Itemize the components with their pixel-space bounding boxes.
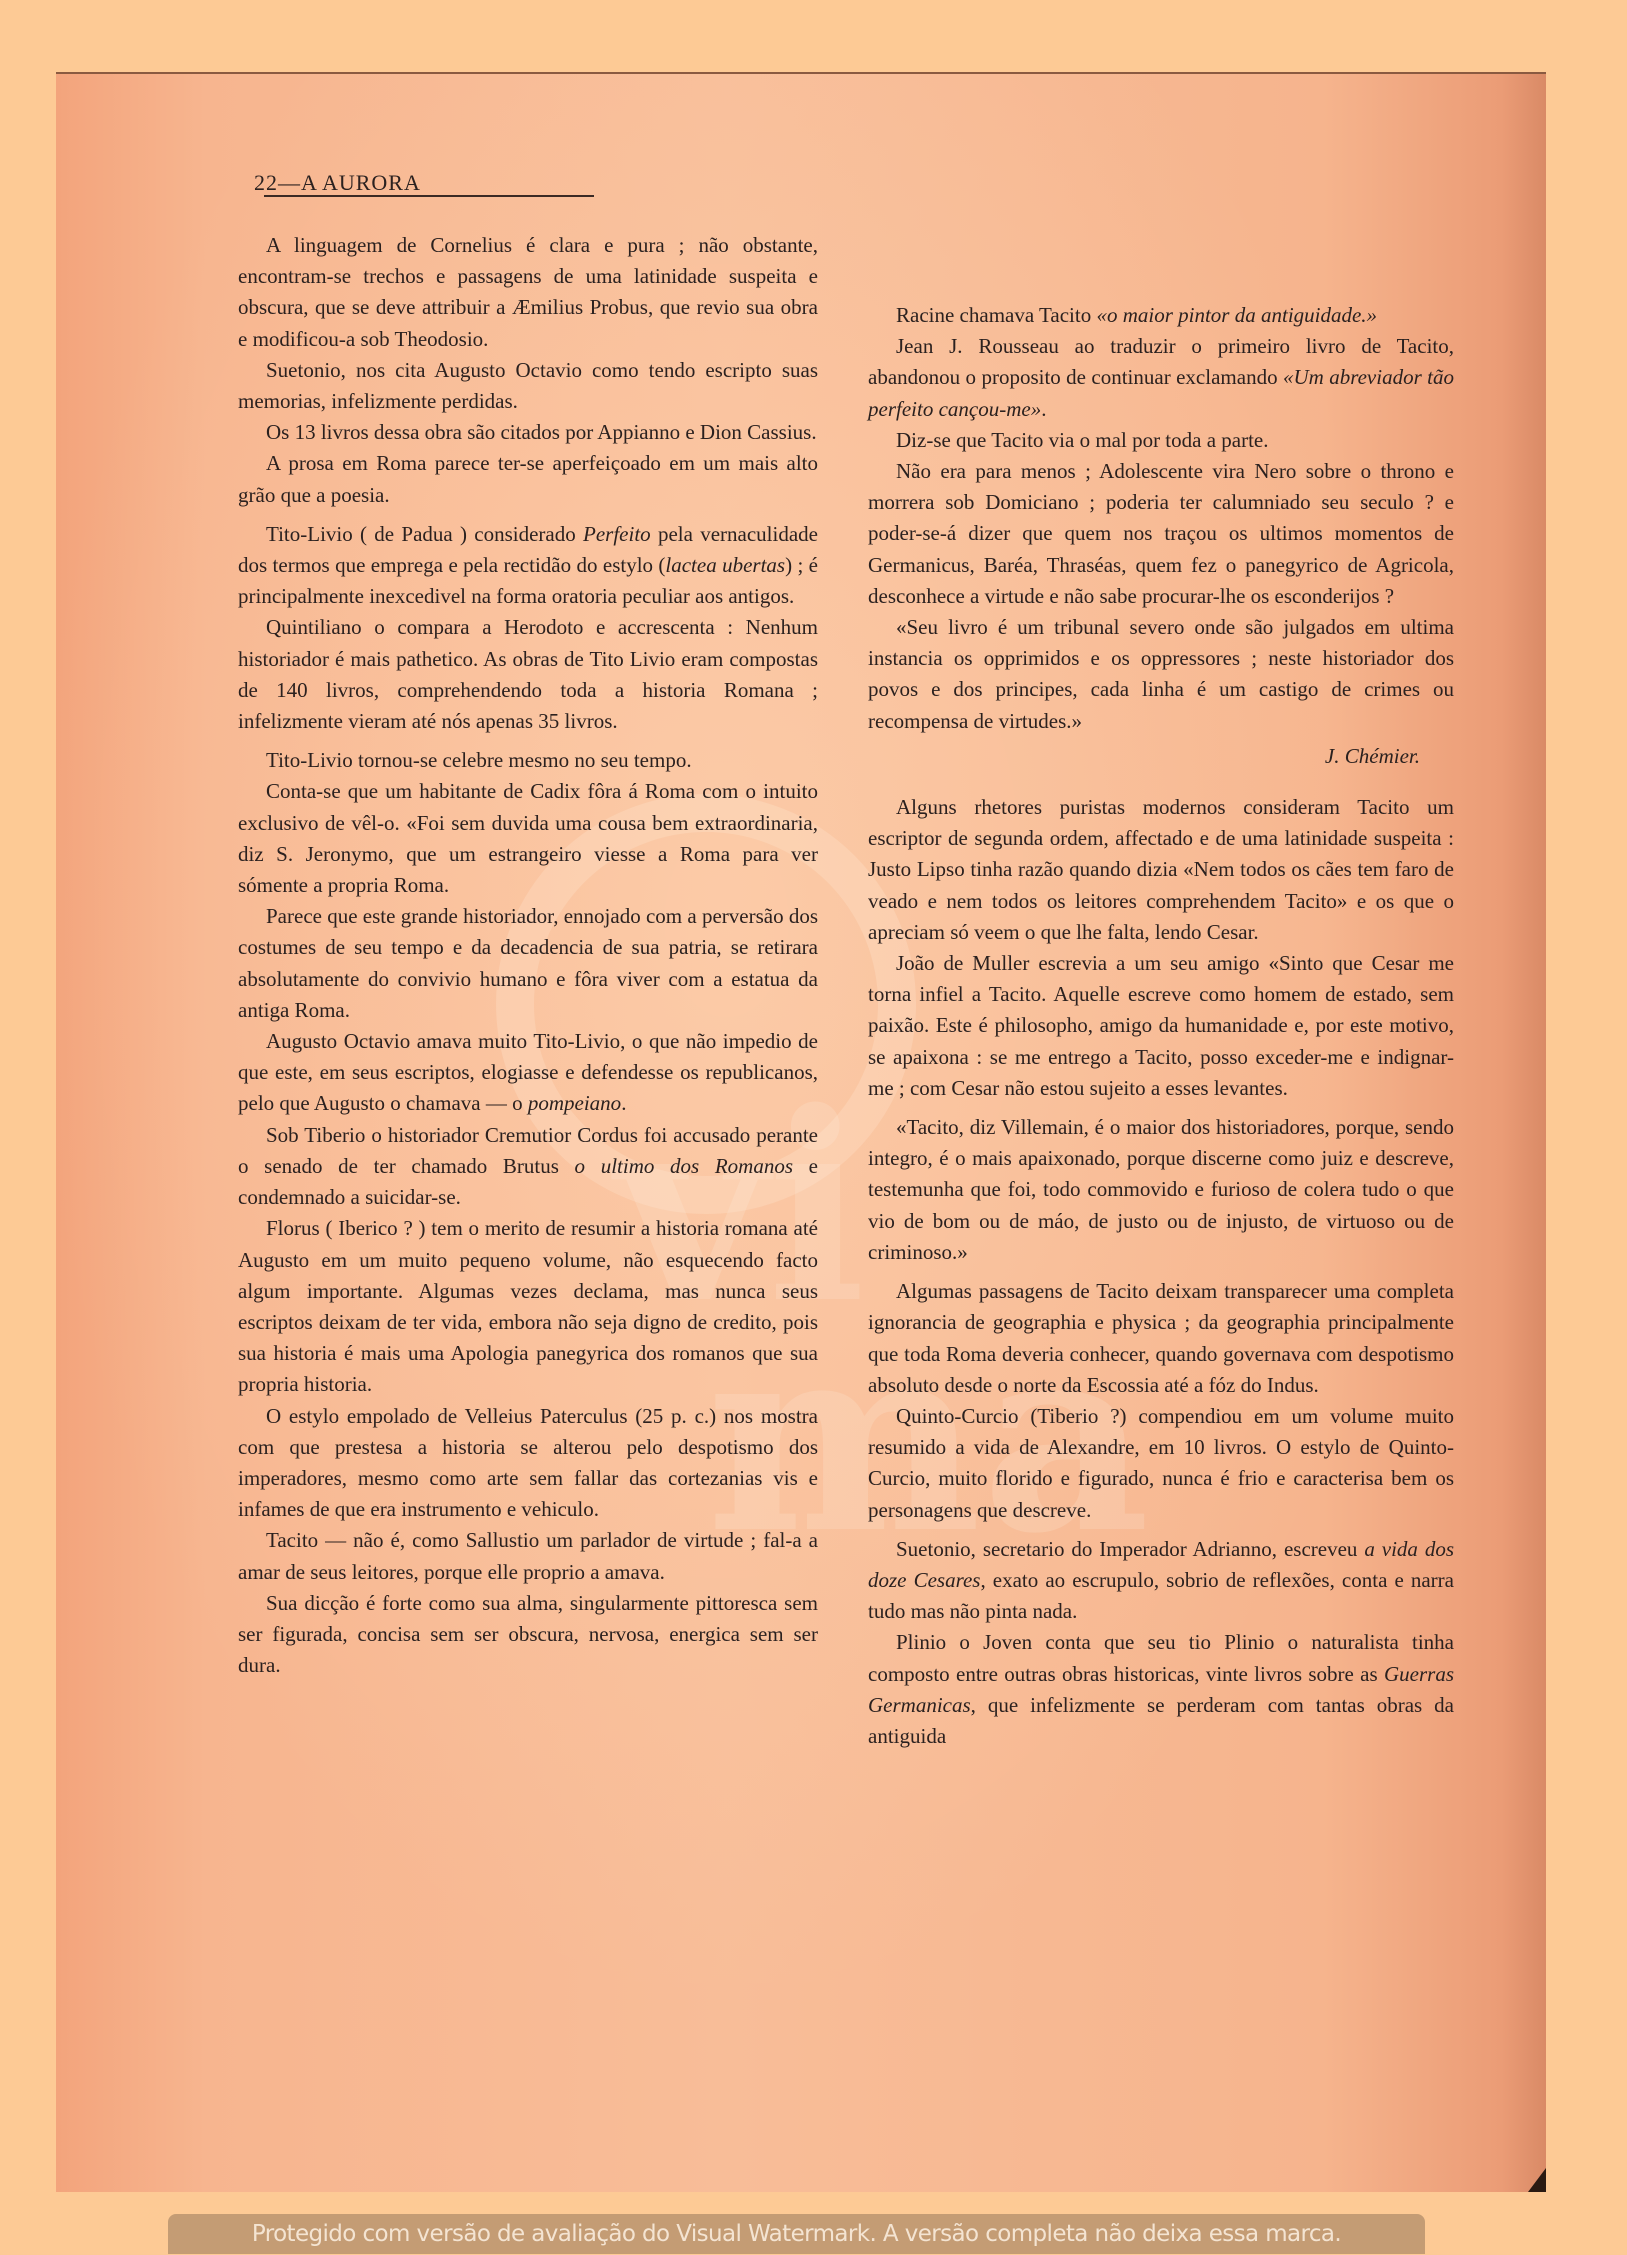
paragraph: Sua dicção é forte como sua alma, singul… — [238, 1588, 818, 1682]
paragraph: João de Muller escrevia a um seu amigo «… — [868, 948, 1454, 1104]
signature: J. Chémier. — [868, 741, 1454, 772]
paragraph: Parece que este grande historiador, enno… — [238, 901, 818, 1026]
paragraph: «Seu livro é um tribunal severo onde são… — [868, 612, 1454, 737]
italic-phrase: «o maior pintor da antiguidade.» — [1096, 303, 1377, 327]
paragraph: Não era para menos ; Adolescente vira Ne… — [868, 456, 1454, 612]
paragraph: Plinio o Joven conta que seu tio Plinio … — [868, 1627, 1454, 1752]
paragraph: A linguagem de Cornelius é clara e pura … — [238, 230, 818, 355]
paragraph: Tito-Livio tornou-se celebre mesmo no se… — [238, 745, 818, 776]
paragraph: Tito-Livio ( de Padua ) considerado Perf… — [238, 519, 818, 613]
paragraph: Jean J. Rousseau ao traduzir o primeiro … — [868, 331, 1454, 425]
italic-phrase: Perfeito — [583, 522, 651, 546]
paragraph: Florus ( Iberico ? ) tem o merito de res… — [238, 1213, 818, 1400]
paragraph: «Tacito, diz Villemain, é o maior dos hi… — [868, 1112, 1454, 1268]
paragraph: Conta-se que um habitante de Cadix fôra … — [238, 776, 818, 901]
left-column: A linguagem de Cornelius é clara e pura … — [238, 230, 818, 1681]
paragraph: Os 13 livros dessa obra são citados por … — [238, 417, 818, 448]
evaluation-watermark-banner: Protegido com versão de avaliação do Vis… — [168, 2214, 1425, 2254]
paragraph: A prosa em Roma parece ter-se aperfeiçoa… — [238, 448, 818, 510]
paragraph: Quinto-Curcio (Tiberio ?) compendiou em … — [868, 1401, 1454, 1526]
italic-phrase: lactea ubertas — [665, 553, 785, 577]
paragraph: Diz-se que Tacito via o mal por toda a p… — [868, 425, 1454, 456]
italic-phrase: o ultimo dos Romanos — [575, 1154, 793, 1178]
italic-phrase: a vida dos doze Cesares — [868, 1537, 1454, 1592]
running-head: 22—A AURORA — [254, 170, 421, 196]
italic-phrase: Guerras Germanicas — [868, 1662, 1454, 1717]
italic-phrase: pompeiano — [528, 1091, 621, 1115]
italic-phrase: «Um abreviador tão perfeito cançou-me» — [868, 365, 1454, 420]
paragraph: Quintiliano o compara a Herodoto e accre… — [238, 612, 818, 737]
paragraph: Suetonio, nos cita Augusto Octavio como … — [238, 355, 818, 417]
paragraph: Tacito — não é, como Sallustio um parlad… — [238, 1525, 818, 1587]
paragraph: O estylo empolado de Velleius Paterculus… — [238, 1401, 818, 1526]
paragraph: Augusto Octavio amava muito Tito-Livio, … — [238, 1026, 818, 1120]
paragraph: Algumas passagens de Tacito deixam trans… — [868, 1276, 1454, 1401]
paragraph: Sob Tiberio o historiador Cremutior Cord… — [238, 1120, 818, 1214]
paragraph: Alguns rhetores puristas modernos consid… — [868, 792, 1454, 948]
paragraph: Suetonio, secretario do Imperador Adrian… — [868, 1534, 1454, 1628]
right-column: Racine chamava Tacito «o maior pintor da… — [868, 300, 1454, 1752]
header-rule — [264, 195, 594, 197]
paragraph: Racine chamava Tacito «o maior pintor da… — [868, 300, 1454, 331]
